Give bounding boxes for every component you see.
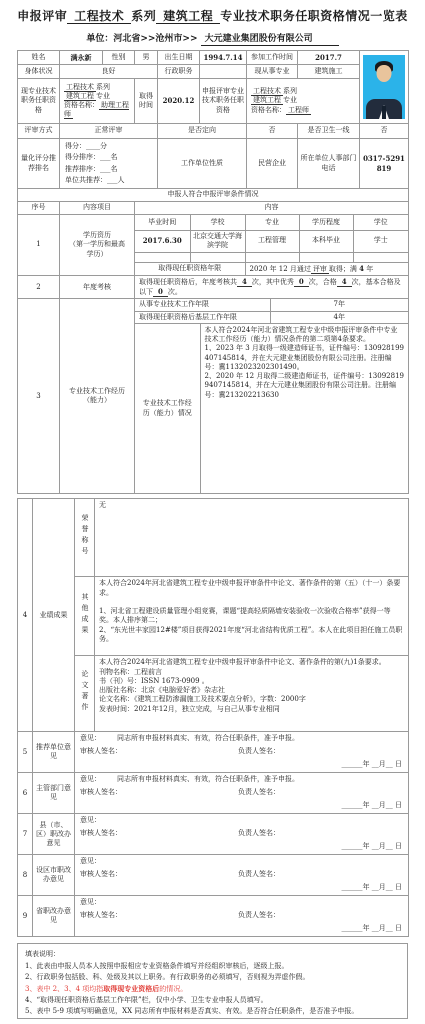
note-2: 2、行政职务包括股、科、处级及其以上职务。有行政职务的必须填写，否则视为弄虚作假… (25, 972, 400, 983)
phone-label: 所在单位人事部门电话 (298, 139, 360, 189)
admin-label: 行政职务 (158, 65, 200, 79)
frontline-value: 否 (360, 124, 409, 139)
cond1-no: 1 (18, 215, 60, 276)
op9-sign-line: 审核人签名：负责人签名： (77, 911, 406, 920)
health-value: 良好 (60, 65, 158, 79)
education-table: 毕业时间 学校 专业 学历程度 学位 2017.6.30 北京交通大学海滨学院 … (135, 215, 408, 275)
title-suffix: 专业技术职务任职资格情况一览表 (220, 9, 408, 23)
major-word2: 专业 (283, 96, 297, 104)
cond4-item: 业绩成果 (33, 499, 75, 732)
ar-p5: 次。 (168, 288, 182, 296)
apply-title-value: 工程技术系列 建筑工程专业 资格名称：工程师 (247, 79, 360, 124)
edu-empty-4 (299, 252, 353, 262)
row-score: 量化评分推荐排名 得分：____分 得分排序：___名 推荐排序：___名 单位… (18, 139, 409, 189)
unit-company-underlined: 大元建业集团股份有限公司 (201, 34, 339, 46)
frontline-label: 是否卫生一线 (298, 124, 360, 139)
edu-empty-2 (190, 252, 245, 262)
qual-years-value: 2020 年 12 月通过评审取得；满 4 年 (245, 262, 408, 275)
row-education: 1 学历资历 （第一学历和最高 学历） 毕业时间 学校 专业 学历程度 学位 2… (18, 215, 409, 276)
note-5: 5、表中 5-9 项填写明确意见，XX 同志所有申报材料是否真实、有效。是否符合… (25, 1006, 400, 1017)
op9-reviewer-label: 审核人签名： (80, 911, 238, 920)
col-no-header: 序号 (18, 202, 60, 215)
unit-line: 单位：河北省>>沧州市>> 大元建业集团股份有限公司 (0, 31, 425, 44)
op9-opinion-line: 意见： (77, 898, 406, 907)
title-prefix: 申报评审 (17, 9, 67, 23)
title-series-underlined: 工程技术 (67, 9, 131, 24)
op6-opinion-line: 意见：同志所有申报材料真实、有效，符合任职条件，准予申报。 (77, 775, 406, 784)
paper-label: 论文著作 (81, 670, 88, 714)
row-experience: 3 专业技术工作经历 （能力） 从事专业技术工作年限 7年 取得现任职资格后基层… (18, 299, 409, 494)
qual-years-underlined: 评审 (311, 265, 329, 274)
edu-level: 本科毕业 (299, 230, 353, 252)
exp-detail-row: 专业技术工作经 历（能力）情况 本人符合2024年河北省建筑工程专业中级申报评审… (135, 323, 408, 493)
basic-info-table: 姓名 满永新 性别 男 出生日期 1994.7.14 参加工作时间 2017.7… (17, 50, 409, 494)
cond2-content: 取得现任职资格后，年度考核共4次，其中优秀0次，合格4次，基本合格及以下0次。 (135, 276, 409, 299)
edu-major: 工程管理 (245, 230, 299, 252)
op5-content: 意见：同志所有申报材料真实、有效，符合任职条件，准予申报。 审核人签名：负责人签… (75, 732, 409, 773)
qual-word2: 资格名称： (251, 106, 286, 114)
note-3-bold: 取得现专业资格后 (103, 984, 159, 993)
row-cond-headers: 序号 内容项目 内容 (18, 202, 409, 215)
photo-face (377, 65, 392, 82)
op6-reviewer-label: 审核人签名： (80, 788, 238, 797)
qual-word: 资格名称： (64, 101, 99, 109)
op7-opinion-line: 意见： (77, 816, 406, 825)
op8-opinion-line: 意见： (77, 857, 406, 866)
op5-leader-label: 负责人签名： (238, 747, 280, 755)
row-opinion-9: 9 省职改办意见 意见： 审核人签名：负责人签名： ______年 __月__ … (18, 896, 409, 937)
ar-n1: 4 (237, 277, 252, 287)
phone-value: 0317-5291819 (360, 139, 409, 189)
note-1: 1、此表由申报人员本人按照申报相应专业资格条件填写并经组织审核后，逐级上报。 (25, 961, 400, 972)
score-blanks: 得分：____分 得分排序：___名 推荐排序：___名 单位共推荐：___人 (60, 139, 158, 189)
op5-opinion-line: 意见：同志所有申报材料真实、有效，符合任职条件，准予申报。 (77, 734, 406, 743)
cond1-content: 毕业时间 学校 专业 学历程度 学位 2017.6.30 北京交通大学海滨学院 … (135, 215, 409, 276)
series-word: 系列 (96, 83, 110, 91)
method-label: 评审方式 (18, 124, 60, 139)
title-mid: 系列 (131, 9, 156, 23)
op5-date-line: ______年 __月__ 日 (77, 760, 406, 769)
base-years-label: 取得现任职资格后基层工作年限 (135, 311, 270, 323)
op7-date-line: ______年 __月__ 日 (77, 842, 406, 851)
op7-no: 7 (18, 814, 33, 855)
edu-degree: 学士 (353, 230, 408, 252)
unit-type-label: 工作单位性质 (158, 139, 247, 189)
op8-reviewer-label: 审核人签名： (80, 870, 238, 879)
op7-reviewer-label: 审核人签名： (80, 829, 238, 838)
op6-label: 主管部门意见 (33, 773, 75, 814)
name-value: 满永新 (60, 51, 103, 65)
cur-title-label: 现专业技术职务任职资格 (18, 79, 60, 124)
cond1-item: 学历资历 （第一学历和最高 学历） (60, 215, 135, 276)
op6-no: 6 (18, 773, 33, 814)
edu-empty-row (135, 252, 408, 262)
edu-header-row: 毕业时间 学校 专业 学历程度 学位 (135, 215, 408, 230)
col-content-header: 内容 (135, 202, 409, 215)
row-opinion-5: 5 推荐单位意见 意见：同志所有申报材料真实、有效，符合任职条件，准予申报。 审… (18, 732, 409, 773)
name-label: 姓名 (18, 51, 60, 65)
op6-content: 意见：同志所有申报材料真实、有效，符合任职条件，准予申报。 审核人签名：负责人签… (75, 773, 409, 814)
cond4-no: 4 (18, 499, 33, 732)
cond3-item: 专业技术工作经历 （能力） (60, 299, 135, 494)
qual-years-p2: 取得；满 (329, 265, 359, 273)
op7-sign-line: 审核人签名：负责人签名： (77, 829, 406, 838)
note-3-prefix: 3、表中 2、3、4 项均指 (25, 985, 103, 993)
health-label: 身体状况 (18, 65, 60, 79)
row-annual-review: 2 年度考核 取得现任职资格后，年度考核共4次，其中优秀0次，合格4次，基本合格… (18, 276, 409, 299)
apply-title-label: 申报评审专业技术职务任职资格 (200, 79, 247, 124)
apply-series: 工程技术 (251, 87, 283, 96)
method-value: 正常评审 (60, 124, 158, 139)
row-honor: 4 业绩成果 荣誉称号 无 (18, 499, 409, 577)
edu-years-row: 取得现任职资格年限 2020 年 12 月通过评审取得；满 4 年 (135, 262, 408, 275)
edu-h-grad: 毕业时间 (135, 215, 190, 230)
conditions-section-title: 申报人符合申报评审条件情况 (18, 189, 409, 202)
unit-region: 河北省>>沧州市>> (113, 34, 197, 44)
qual-years-p3: 年 (364, 265, 373, 273)
op5-label: 推荐单位意见 (33, 732, 75, 773)
applicant-photo (363, 55, 405, 119)
ar-p2: 次，其中优秀 (252, 278, 294, 286)
edu-h-degree: 学位 (353, 215, 408, 230)
op9-no: 9 (18, 896, 33, 937)
op6-date-line: ______年 __月__ 日 (77, 801, 406, 810)
edu-school: 北京交通大学海滨学院 (190, 230, 245, 252)
cond2-item: 年度考核 (60, 276, 135, 299)
row-opinion-8: 8 设区市职改办意见 意见： 审核人签名：负责人签名： ______年 __月_… (18, 855, 409, 896)
note-4: 4、“取得现任职资格后基层工作年限”栏，仅中小学、卫生专业申报人员填写。 (25, 995, 400, 1006)
cur-series: 工程技术 (64, 83, 96, 92)
exp-base-row: 取得现任职资格后基层工作年限 4年 (135, 311, 408, 323)
exp-years-row: 从事专业技术工作年限 7年 (135, 299, 408, 311)
exp-detail-label: 专业技术工作经 历（能力）情况 (135, 323, 200, 493)
honor-label-cell: 荣誉称号 (75, 499, 95, 577)
unit-type-value: 民营企业 (247, 139, 298, 189)
cond2-no: 2 (18, 276, 60, 299)
major-word: 专业 (96, 92, 110, 100)
ar-p1: 取得现任职资格后，年度考核共 (139, 278, 237, 286)
photo-tie (382, 106, 386, 119)
op9-label: 省职改办意见 (33, 896, 75, 937)
cur-major2: 建筑工程 (64, 92, 96, 101)
note-3: 3、表中 2、3、4 项均指取得现专业资格后的情况。 (25, 983, 400, 995)
op9-leader-label: 负责人签名： (238, 911, 280, 919)
op9-opinion-label: 意见： (80, 898, 101, 906)
achievements-opinions-table: 4 业绩成果 荣誉称号 无 其他成果 本人符合2024年河北省建筑工程专业中级申… (17, 498, 409, 937)
op6-opinion-label: 意见： (80, 775, 101, 783)
directed-value: 否 (247, 124, 298, 139)
ar-n2: 0 (294, 277, 309, 287)
op6-leader-label: 负责人签名： (238, 788, 280, 796)
op8-content: 意见： 审核人签名：负责人签名： ______年 __月__ 日 (75, 855, 409, 896)
birth-label: 出生日期 (158, 51, 200, 65)
join-value: 2017.7 (298, 51, 360, 65)
unit-label: 单位： (86, 34, 113, 44)
directed-label: 是否定向 (158, 124, 247, 139)
op5-opinion-text: 同志所有申报材料真实、有效，符合任职条件，准予申报。 (117, 734, 299, 742)
other-content: 本人符合2024年河北省建筑工程专业中级申报评审条件中论文、著作条件的第（五）（… (95, 577, 409, 656)
op7-opinion-label: 意见： (80, 816, 101, 824)
experience-table: 从事专业技术工作年限 7年 取得现任职资格后基层工作年限 4年 专业技术工作经 … (135, 299, 408, 493)
qual-years-p1: 2020 年 12 月通过 (250, 265, 311, 273)
admin-value (200, 65, 247, 79)
paper-content: 本人符合2024年河北省建筑工程专业中级申报评审条件中论文、著作条件的第(九)1… (95, 656, 409, 732)
gender-label: 性别 (103, 51, 135, 65)
notes-title: 填表说明： (25, 949, 400, 960)
op5-reviewer-label: 审核人签名： (80, 747, 238, 756)
cur-major-label: 现从事专业 (247, 65, 298, 79)
qual-years-label: 取得现任职资格年限 (135, 262, 245, 275)
row-other-achievements: 其他成果 本人符合2024年河北省建筑工程专业中级申报评审条件中论文、著作条件的… (18, 577, 409, 656)
op7-content: 意见： 审核人签名：负责人签名： ______年 __月__ 日 (75, 814, 409, 855)
ar-n3: 4 (337, 277, 352, 287)
row-papers: 论文著作 本人符合2024年河北省建筑工程专业中级申报评审条件中论文、著作条件的… (18, 656, 409, 732)
row-health: 身体状况 良好 行政职务 现从事专业 建筑施工 (18, 65, 409, 79)
op6-opinion-text: 同志所有申报材料真实、有效，符合任职条件，准予申报。 (117, 775, 299, 783)
row-section-header: 申报人符合申报评审条件情况 (18, 189, 409, 202)
birth-value: 1994.7.14 (200, 51, 247, 65)
op8-no: 8 (18, 855, 33, 896)
op6-sign-line: 审核人签名：负责人签名： (77, 788, 406, 797)
base-years-value: 4年 (270, 311, 408, 323)
obtain-value: 2020.12 (158, 79, 200, 124)
series-word2: 系列 (283, 87, 297, 95)
op8-label: 设区市职改办意见 (33, 855, 75, 896)
op9-date-line: ______年 __月__ 日 (77, 924, 406, 933)
edu-h-school: 学校 (190, 215, 245, 230)
other-label: 其他成果 (81, 593, 88, 637)
op8-date-line: ______年 __月__ 日 (77, 883, 406, 892)
op8-sign-line: 审核人签名：负责人签名： (77, 870, 406, 879)
edu-empty-3 (245, 252, 299, 262)
honor-content: 无 (95, 499, 409, 577)
page-title: 申报评审工程技术系列建筑工程专业技术职务任职资格情况一览表 (0, 0, 425, 24)
op5-sign-line: 审核人签名：负责人签名： (77, 747, 406, 756)
row-current-title: 现专业技术职务任职资格 工程技术系列 建筑工程专业 资格名称：助理工程师 取得时… (18, 79, 409, 124)
cond3-no: 3 (18, 299, 60, 494)
row-name: 姓名 满永新 性别 男 出生日期 1994.7.14 参加工作时间 2017.7 (18, 51, 409, 65)
photo-cell (360, 51, 409, 124)
cur-major-value: 建筑施工 (298, 65, 360, 79)
paper-label-cell: 论文著作 (75, 656, 95, 732)
work-years-label: 从事专业技术工作年限 (135, 299, 270, 311)
honor-label: 荣誉称号 (81, 514, 88, 558)
op8-leader-label: 负责人签名： (238, 870, 280, 878)
score-label: 量化评分推荐排名 (18, 139, 60, 189)
op7-leader-label: 负责人签名： (238, 829, 280, 837)
ar-n4: 0 (153, 287, 168, 297)
edu-empty-1 (135, 252, 190, 262)
op9-content: 意见： 审核人签名：负责人签名： ______年 __月__ 日 (75, 896, 409, 937)
gender-value: 男 (135, 51, 158, 65)
other-label-cell: 其他成果 (75, 577, 95, 656)
cond3-content: 从事专业技术工作年限 7年 取得现任职资格后基层工作年限 4年 专业技术工作经 … (135, 299, 409, 494)
apply-qual: 工程师 (286, 106, 311, 115)
work-years-value: 7年 (270, 299, 408, 311)
row-method: 评审方式 正常评审 是否定向 否 是否卫生一线 否 (18, 124, 409, 139)
notes-box: 填表说明： 1、此表由申报人员本人按照申报相应专业资格条件填写并经组织审核后，逐… (17, 943, 408, 1019)
exp-detail-text: 本人符合2024年河北省建筑工程专业中级申报评审条件中专业技术工作经历（能力）情… (200, 323, 408, 493)
op8-opinion-label: 意见： (80, 857, 101, 865)
op5-no: 5 (18, 732, 33, 773)
edu-h-major: 专业 (245, 215, 299, 230)
edu-h-level: 学历程度 (299, 215, 353, 230)
join-label: 参加工作时间 (247, 51, 298, 65)
edu-grad: 2017.6.30 (135, 230, 190, 252)
op5-opinion-label: 意见： (80, 734, 101, 742)
ar-p3: 次，合格 (309, 278, 337, 286)
apply-major: 建筑工程 (251, 96, 283, 105)
col-item-header: 内容项目 (60, 202, 135, 215)
edu-data-row: 2017.6.30 北京交通大学海滨学院 工程管理 本科毕业 学士 (135, 230, 408, 252)
op7-label: 县（市、区）职改办意见 (33, 814, 75, 855)
form-page: 申报评审工程技术系列建筑工程专业技术职务任职资格情况一览表 单位：河北省>>沧州… (0, 0, 425, 1024)
row-opinion-7: 7 县（市、区）职改办意见 意见： 审核人签名：负责人签名： ______年 _… (18, 814, 409, 855)
edu-empty-5 (353, 252, 408, 262)
cur-title-value: 工程技术系列 建筑工程专业 资格名称：助理工程师 (60, 79, 135, 124)
note-3-suffix: 的情况。 (159, 985, 187, 993)
row-opinion-6: 6 主管部门意见 意见：同志所有申报材料真实、有效，符合任职条件，准予申报。 审… (18, 773, 409, 814)
title-major-underlined: 建筑工程 (156, 9, 220, 24)
obtain-label: 取得时间 (135, 79, 158, 124)
